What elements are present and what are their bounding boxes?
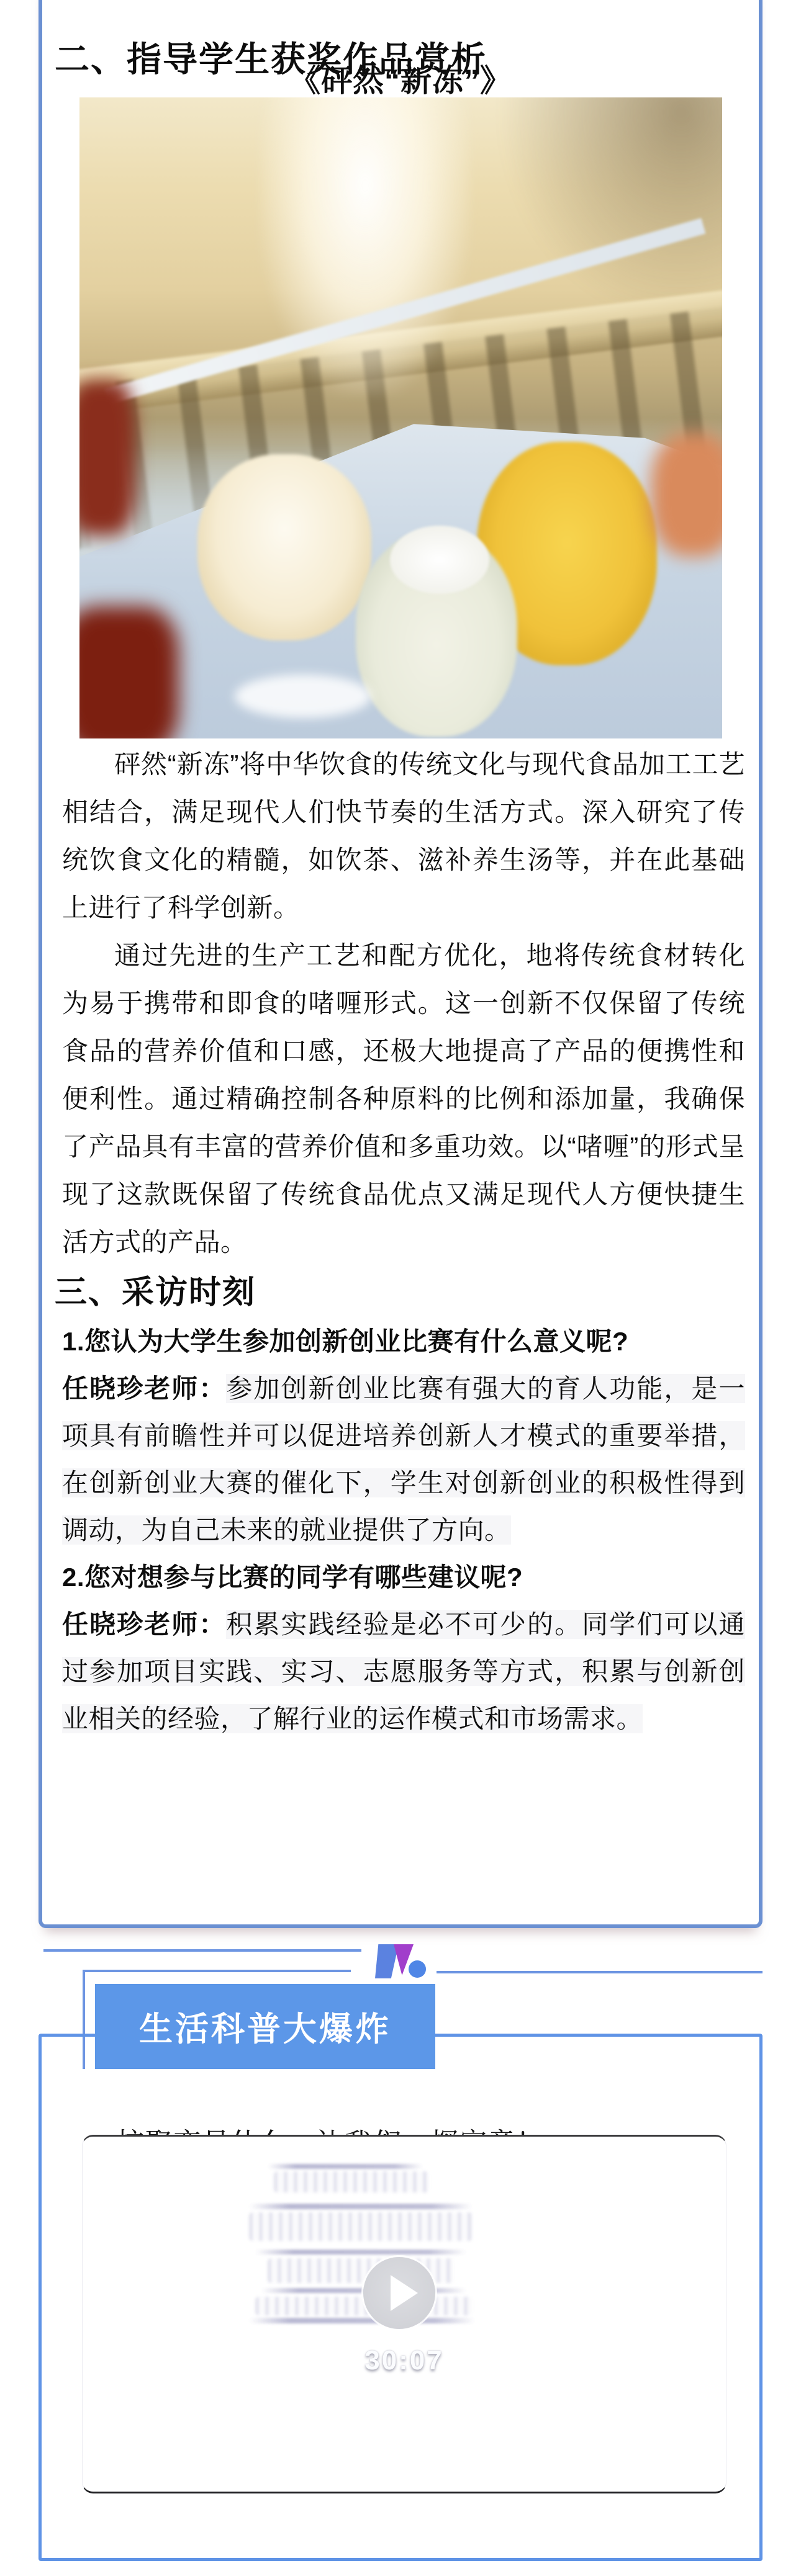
science-badge: 生活科普大爆炸: [95, 1984, 435, 2069]
article-body: 砰然“新冻”将中华饮食的传统文化与现代食品加工工艺相结合，满足现代人们快节奏的生…: [62, 740, 745, 1743]
interview-answer: 任晓珍老师：参加创新创业比赛有强大的育人功能，是一项具有前瞻性并可以促进培养创新…: [62, 1365, 745, 1554]
interview-answer: 任晓珍老师：积累实践经验是必不可少的。同学们可以通过参加项目实践、实习、志愿服务…: [62, 1601, 745, 1743]
divider-line-inner-left: [83, 1970, 351, 1972]
play-button[interactable]: [363, 2257, 435, 2329]
jelly-dessert-photo: [79, 97, 722, 738]
science-badge-label: 生活科普大爆炸: [139, 2003, 391, 2050]
interview-question: 2.您对想参与比赛的同学有哪些建议呢?: [62, 1554, 745, 1601]
photo-red-blur-left: [79, 380, 135, 535]
speaker-label: 任晓珍老师：: [62, 1374, 226, 1403]
photo-red-chair-blur: [79, 606, 179, 738]
photo-dark-corner: [499, 97, 722, 321]
divider-line-left: [43, 1949, 361, 1952]
photo-warm-blur-right: [651, 433, 722, 557]
video-player[interactable]: 30:07: [82, 2135, 726, 2493]
paragraph: 通过先进的生产工艺和配方优化，地将传统食材转化为易于携带和即食的啫喱形式。这一创…: [62, 931, 745, 1266]
paragraph: 砰然“新冻”将中华饮食的传统文化与现代食品加工工艺相结合，满足现代人们快节奏的生…: [62, 740, 745, 931]
speaker-label: 任晓珍老师：: [62, 1610, 226, 1639]
work-title: 《砰然“新冻”》: [38, 56, 763, 101]
photo-cream-dollop: [390, 526, 489, 594]
video-duration: 30:07: [83, 2345, 726, 2376]
interview-question: 1.您认为大学生参加创新创业比赛有什么意义呢?: [62, 1318, 745, 1365]
photo-white-spill: [235, 675, 371, 718]
divider-line-inner-right: [437, 1971, 763, 1973]
exclamation-dot-icon: [409, 1960, 426, 1978]
play-icon: [391, 2275, 418, 2311]
photo-white-jelly: [197, 454, 371, 640]
interview-heading: 三、采访时刻: [55, 1267, 745, 1318]
